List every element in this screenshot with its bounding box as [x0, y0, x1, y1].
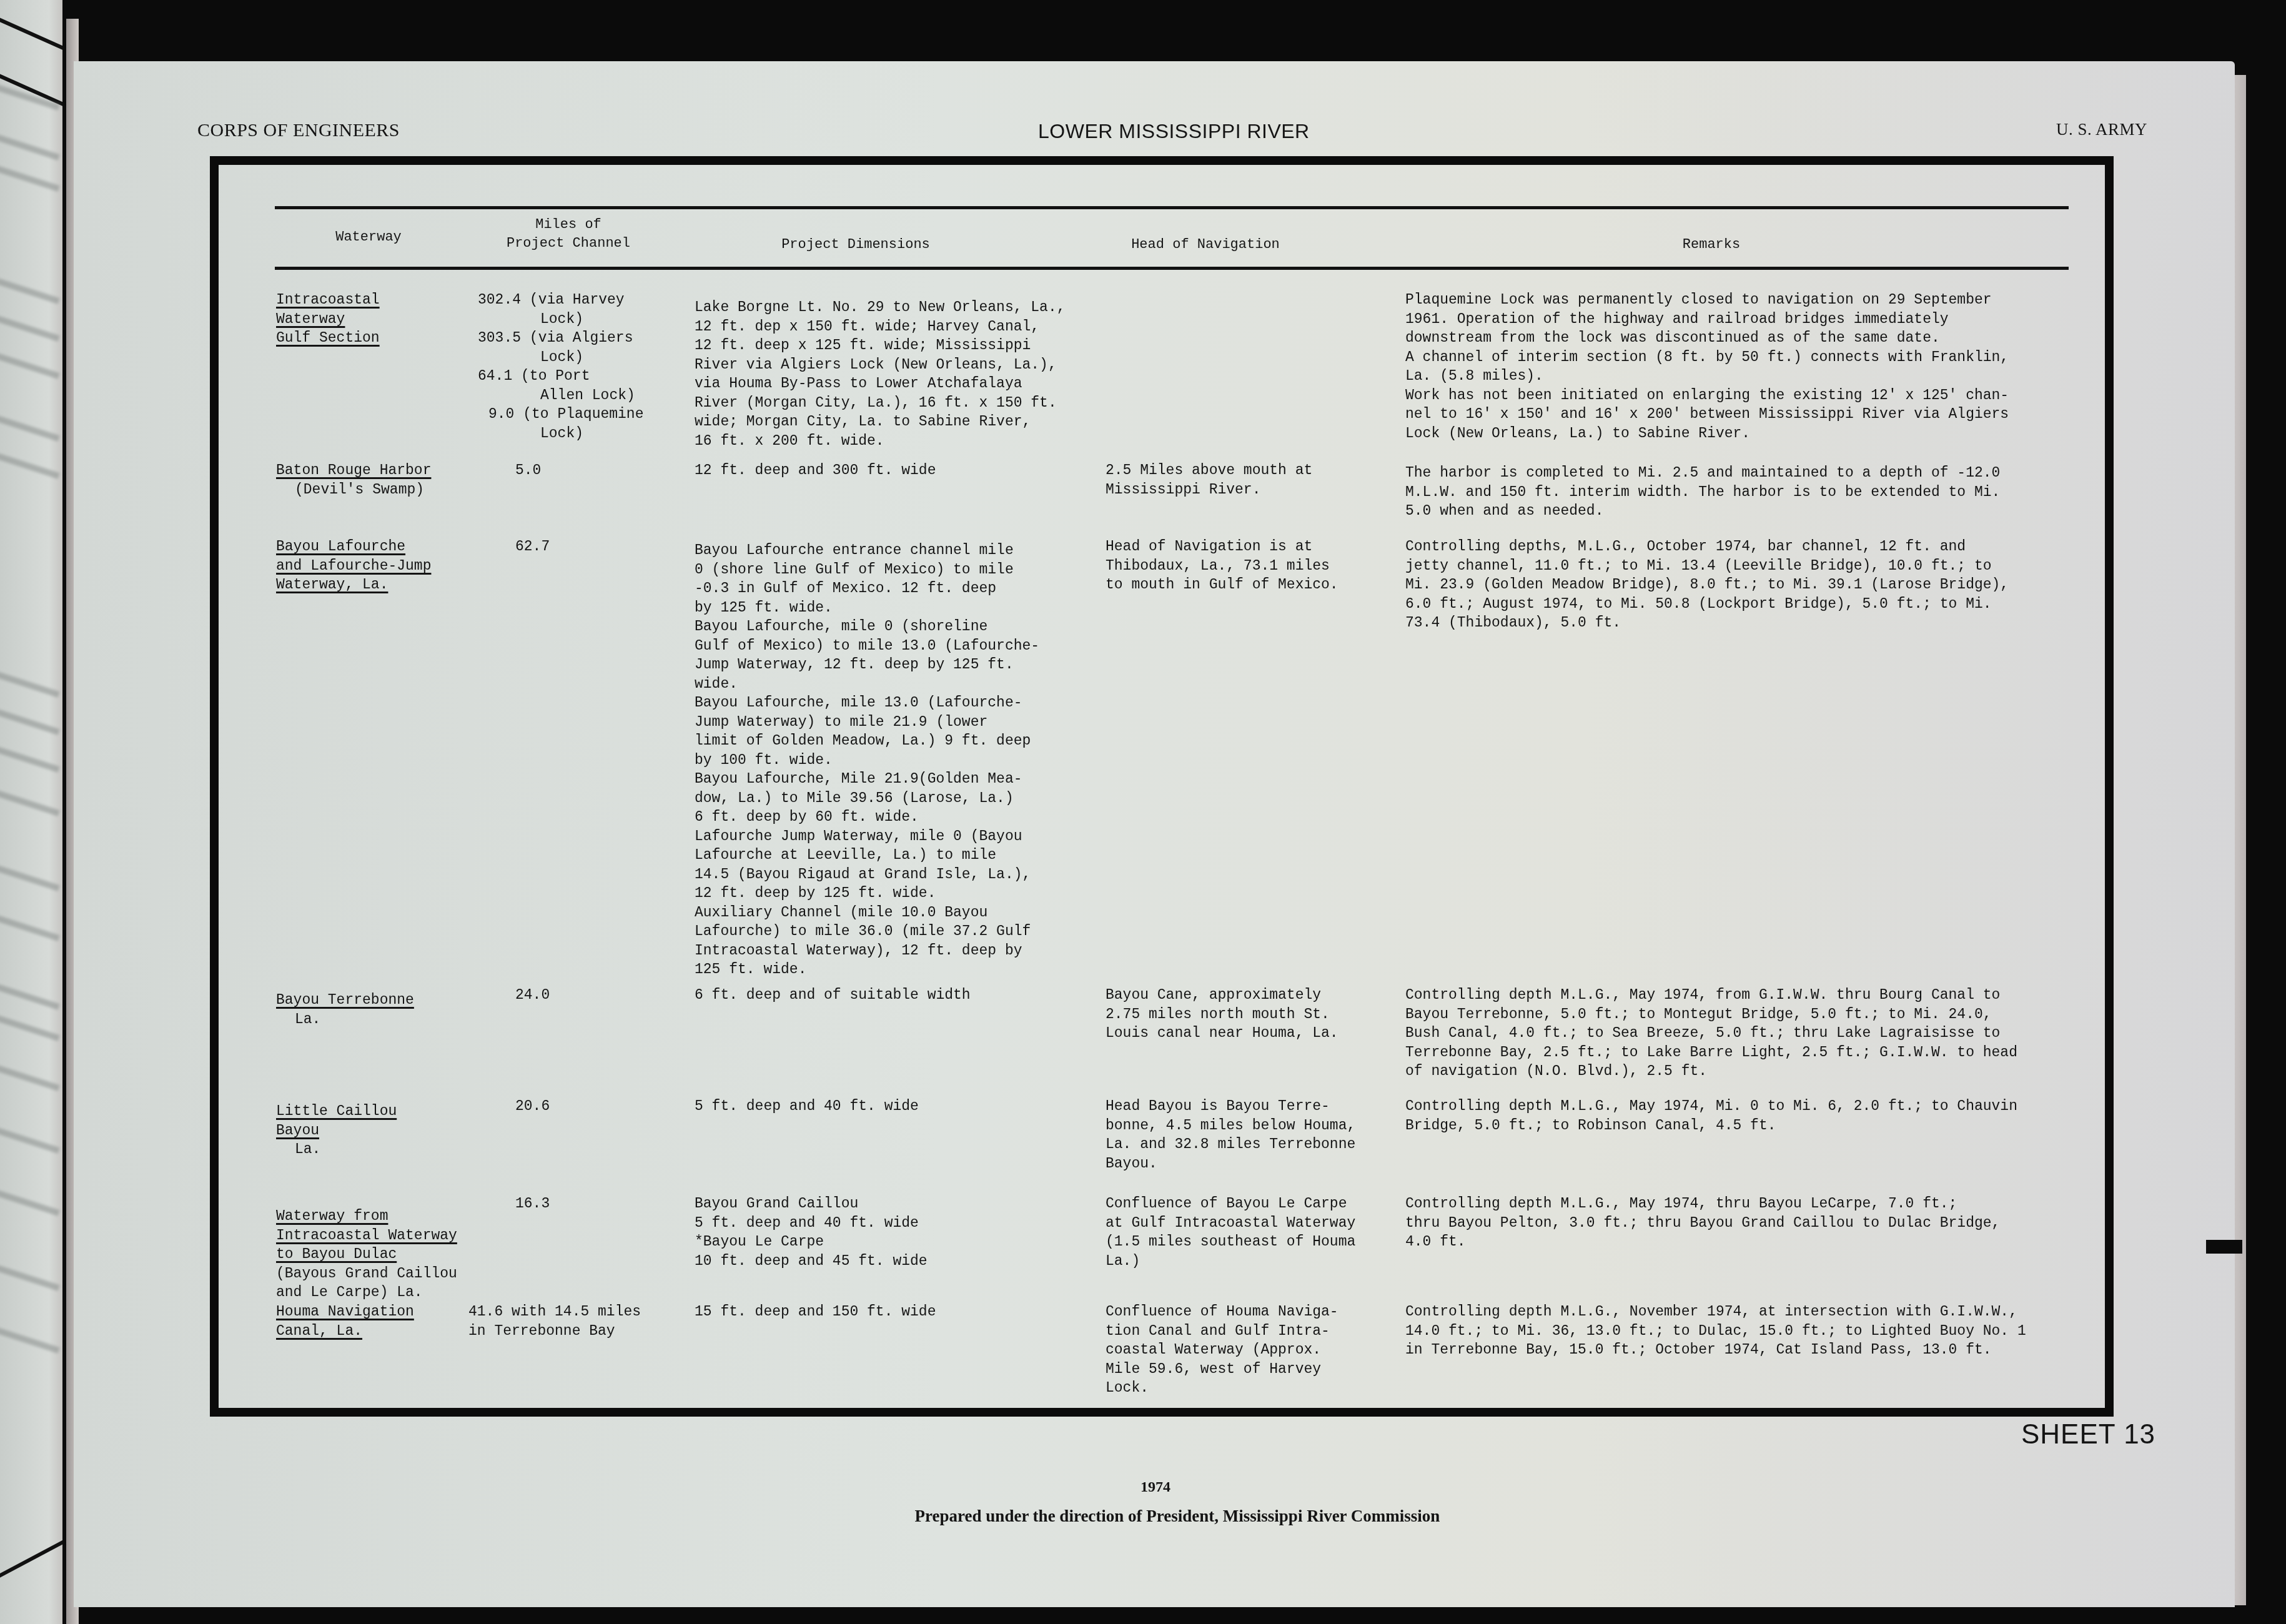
column-header-project-dimensions: Project Dimensions [700, 235, 1012, 254]
waterway-name: Houma Navigation [276, 1304, 414, 1320]
miles-value: 303.5 [478, 330, 521, 346]
miles-value: 64.1 [478, 368, 512, 384]
footer-year: 1974 [1062, 1479, 1249, 1496]
waterway-qualifier: and Le Carpe) La. [276, 1283, 482, 1302]
waterway-name: Little Caillou [276, 1103, 397, 1119]
footer-prepared-by: Prepared under the direction of Presiden… [831, 1507, 1524, 1526]
cell-waterway: Bayou Lafourcheand Lafourche-JumpWaterwa… [276, 537, 482, 595]
cell-miles: 302.4 (via HarveyLock)303.5 (via Algiers… [478, 290, 684, 443]
miles-note-continued: Allen Lock) [478, 386, 684, 405]
cell-head-of-navigation: Confluence of Bayou Le Carpe at Gulf Int… [1106, 1194, 1399, 1270]
cell-head-of-navigation: Bayou Cane, approximately 2.75 miles nor… [1106, 986, 1399, 1043]
cell-project-dimensions: Bayou Grand Caillou 5 ft. deep and 40 ft… [695, 1194, 1107, 1270]
facing-page-rule [0, 1540, 66, 1584]
cell-miles: 16.3 [478, 1194, 721, 1214]
cell-miles: 41.6 with 14.5 miles in Terrebonne Bay [468, 1302, 675, 1340]
waterway-qualifier: (Bayous Grand Caillou [276, 1264, 482, 1284]
miles-value: 302.4 [478, 292, 521, 308]
cell-remarks: Controlling depths, M.L.G., October 1974… [1405, 537, 2067, 633]
cell-project-dimensions: 12 ft. deep and 300 ft. wide [695, 461, 1107, 480]
waterway-name: Gulf Section [276, 330, 380, 346]
miles-note-continued: Lock) [478, 310, 684, 329]
waterway-name: Waterway from [276, 1208, 388, 1224]
sheet-number: SHEET 13 [2021, 1419, 2155, 1450]
cell-remarks: Controlling depth M.L.G., May 1974, Mi. … [1405, 1097, 2067, 1135]
waterway-qualifier: (Devil's Swamp) [276, 480, 482, 500]
cell-project-dimensions: Bayou Lafourche entrance channel mile 0 … [695, 541, 1107, 979]
cell-waterway: Houma NavigationCanal, La. [276, 1302, 482, 1340]
miles-note-continued: Lock) [478, 424, 684, 443]
waterway-qualifier: La. [276, 1140, 482, 1159]
waterway-name: Intracoastal Waterway [276, 1227, 457, 1244]
waterway-name: Intracoastal [276, 292, 380, 308]
thumb-index-mark [2206, 1240, 2242, 1254]
cell-head-of-navigation: 2.5 Miles above mouth at Mississippi Riv… [1106, 461, 1399, 499]
waterway-name: Bayou Lafourche [276, 538, 405, 555]
miles-value: 9.0 [488, 406, 514, 422]
cell-head-of-navigation: Confluence of Houma Naviga- tion Canal a… [1106, 1302, 1399, 1398]
facing-page [0, 0, 70, 1624]
cell-remarks: The harbor is completed to Mi. 2.5 and m… [1405, 463, 2067, 521]
waterway-name: and Lafourche-Jump [276, 558, 431, 574]
running-head-left: CORPS OF ENGINEERS [197, 120, 400, 141]
cell-remarks: Controlling depth M.L.G., November 1974,… [1405, 1302, 2067, 1360]
miles-note: (to Plaquemine [523, 406, 643, 422]
miles-note: (via Harvey [530, 292, 625, 308]
waterway-name: Waterway, La. [276, 577, 388, 593]
cell-project-dimensions: 6 ft. deep and of suitable width [695, 986, 1107, 1005]
cell-remarks: Plaquemine Lock was permanently closed t… [1405, 290, 2067, 443]
cell-waterway: Baton Rouge Harbor(Devil's Swamp) [276, 461, 482, 499]
miles-note: (via Algiers [530, 330, 633, 346]
cell-remarks: Controlling depth M.L.G., May 1974, thru… [1405, 1194, 2067, 1252]
cell-waterway: Waterway fromIntracoastal Waterwayto Bay… [276, 1207, 482, 1302]
column-header-remarks: Remarks [1399, 235, 2024, 254]
waterway-name: Canal, La. [276, 1323, 362, 1339]
cell-waterway: IntracoastalWaterwayGulf Section [276, 290, 482, 348]
running-head-title: LOWER MISSISSIPPI RIVER [1038, 120, 1310, 143]
waterway-name: Bayou [276, 1122, 319, 1139]
cell-remarks: Controlling depth M.L.G., May 1974, from… [1405, 986, 2067, 1081]
waterway-qualifier: La. [276, 1010, 482, 1029]
cell-head-of-navigation: Head Bayou is Bayou Terre- bonne, 4.5 mi… [1106, 1097, 1399, 1173]
cell-head-of-navigation: Head of Navigation is at Thibodaux, La.,… [1106, 537, 1399, 595]
cell-miles: 5.0 [478, 461, 721, 480]
cell-miles: 24.0 [478, 986, 721, 1005]
cell-project-dimensions: Lake Borgne Lt. No. 29 to New Orleans, L… [695, 298, 1107, 450]
cell-waterway: Bayou TerrebonneLa. [276, 991, 482, 1029]
waterway-name: Waterway [276, 311, 345, 327]
facing-page-rule [0, 12, 68, 51]
cell-waterway: Little CaillouBayouLa. [276, 1102, 482, 1159]
miles-note: (to Port [521, 368, 590, 384]
running-head-right: U. S. ARMY [2056, 120, 2147, 139]
column-header-waterway: Waterway [287, 228, 450, 247]
cell-miles: 20.6 [478, 1097, 721, 1116]
cell-miles: 62.7 [478, 537, 721, 557]
miles-note-continued: Lock) [478, 348, 684, 367]
waterway-name: Baton Rouge Harbor [276, 462, 431, 478]
cell-project-dimensions: 15 ft. deep and 150 ft. wide [695, 1302, 1107, 1322]
column-header-head-of-navigation: Head of Navigation [1049, 235, 1362, 254]
waterway-table-header: Waterway Miles of Project Channel Projec… [275, 206, 2069, 270]
column-header-miles: Miles of Project Channel [475, 215, 662, 253]
cell-project-dimensions: 5 ft. deep and 40 ft. wide [695, 1097, 1107, 1116]
header-bottom-rule [275, 267, 2069, 270]
waterway-name: to Bayou Dulac [276, 1246, 397, 1262]
waterway-name: Bayou Terrebonne [276, 992, 414, 1008]
